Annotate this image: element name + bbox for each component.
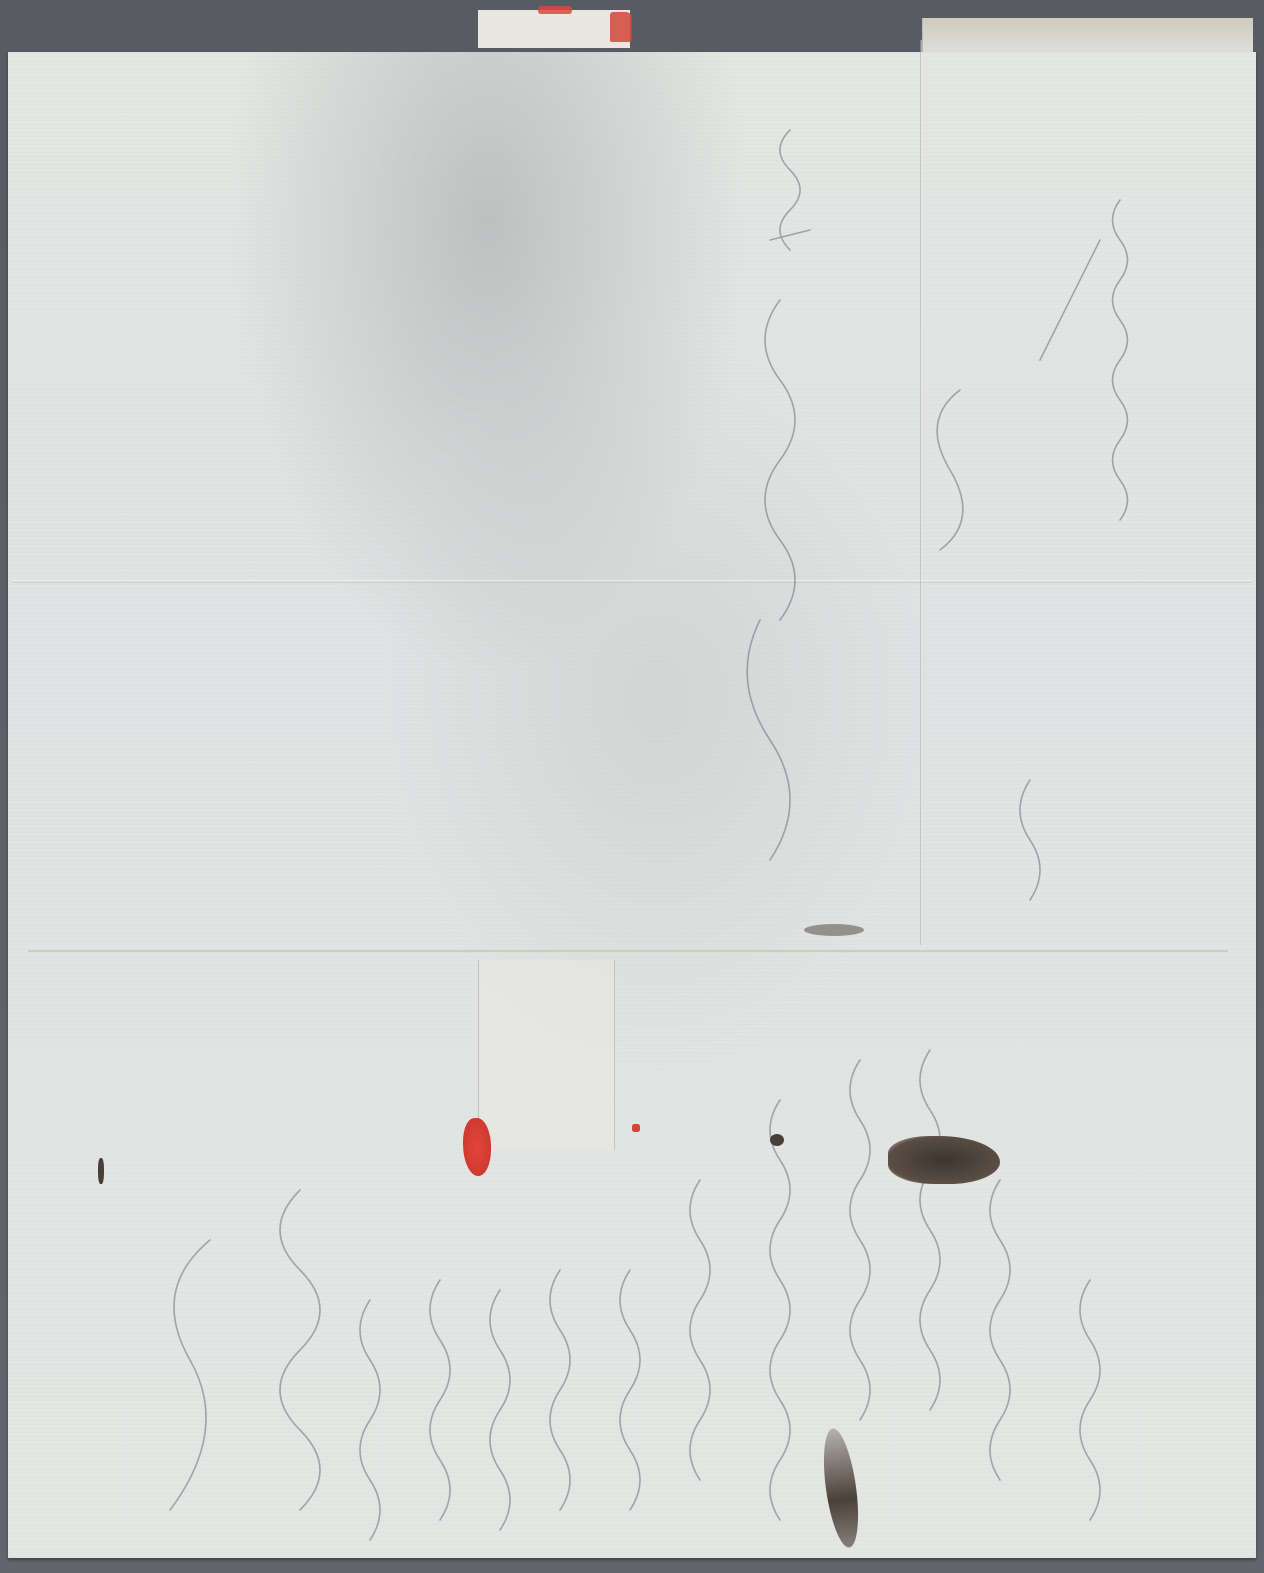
red-wax-seal-remnant (463, 1118, 491, 1176)
ink-blot (888, 1136, 1000, 1184)
ink-mark-left (98, 1158, 104, 1184)
ink-speck (770, 1134, 784, 1146)
bleed-through-handwriting (0, 0, 1264, 1573)
red-wax-speck (632, 1124, 640, 1132)
ink-smudge-fold (804, 924, 864, 936)
